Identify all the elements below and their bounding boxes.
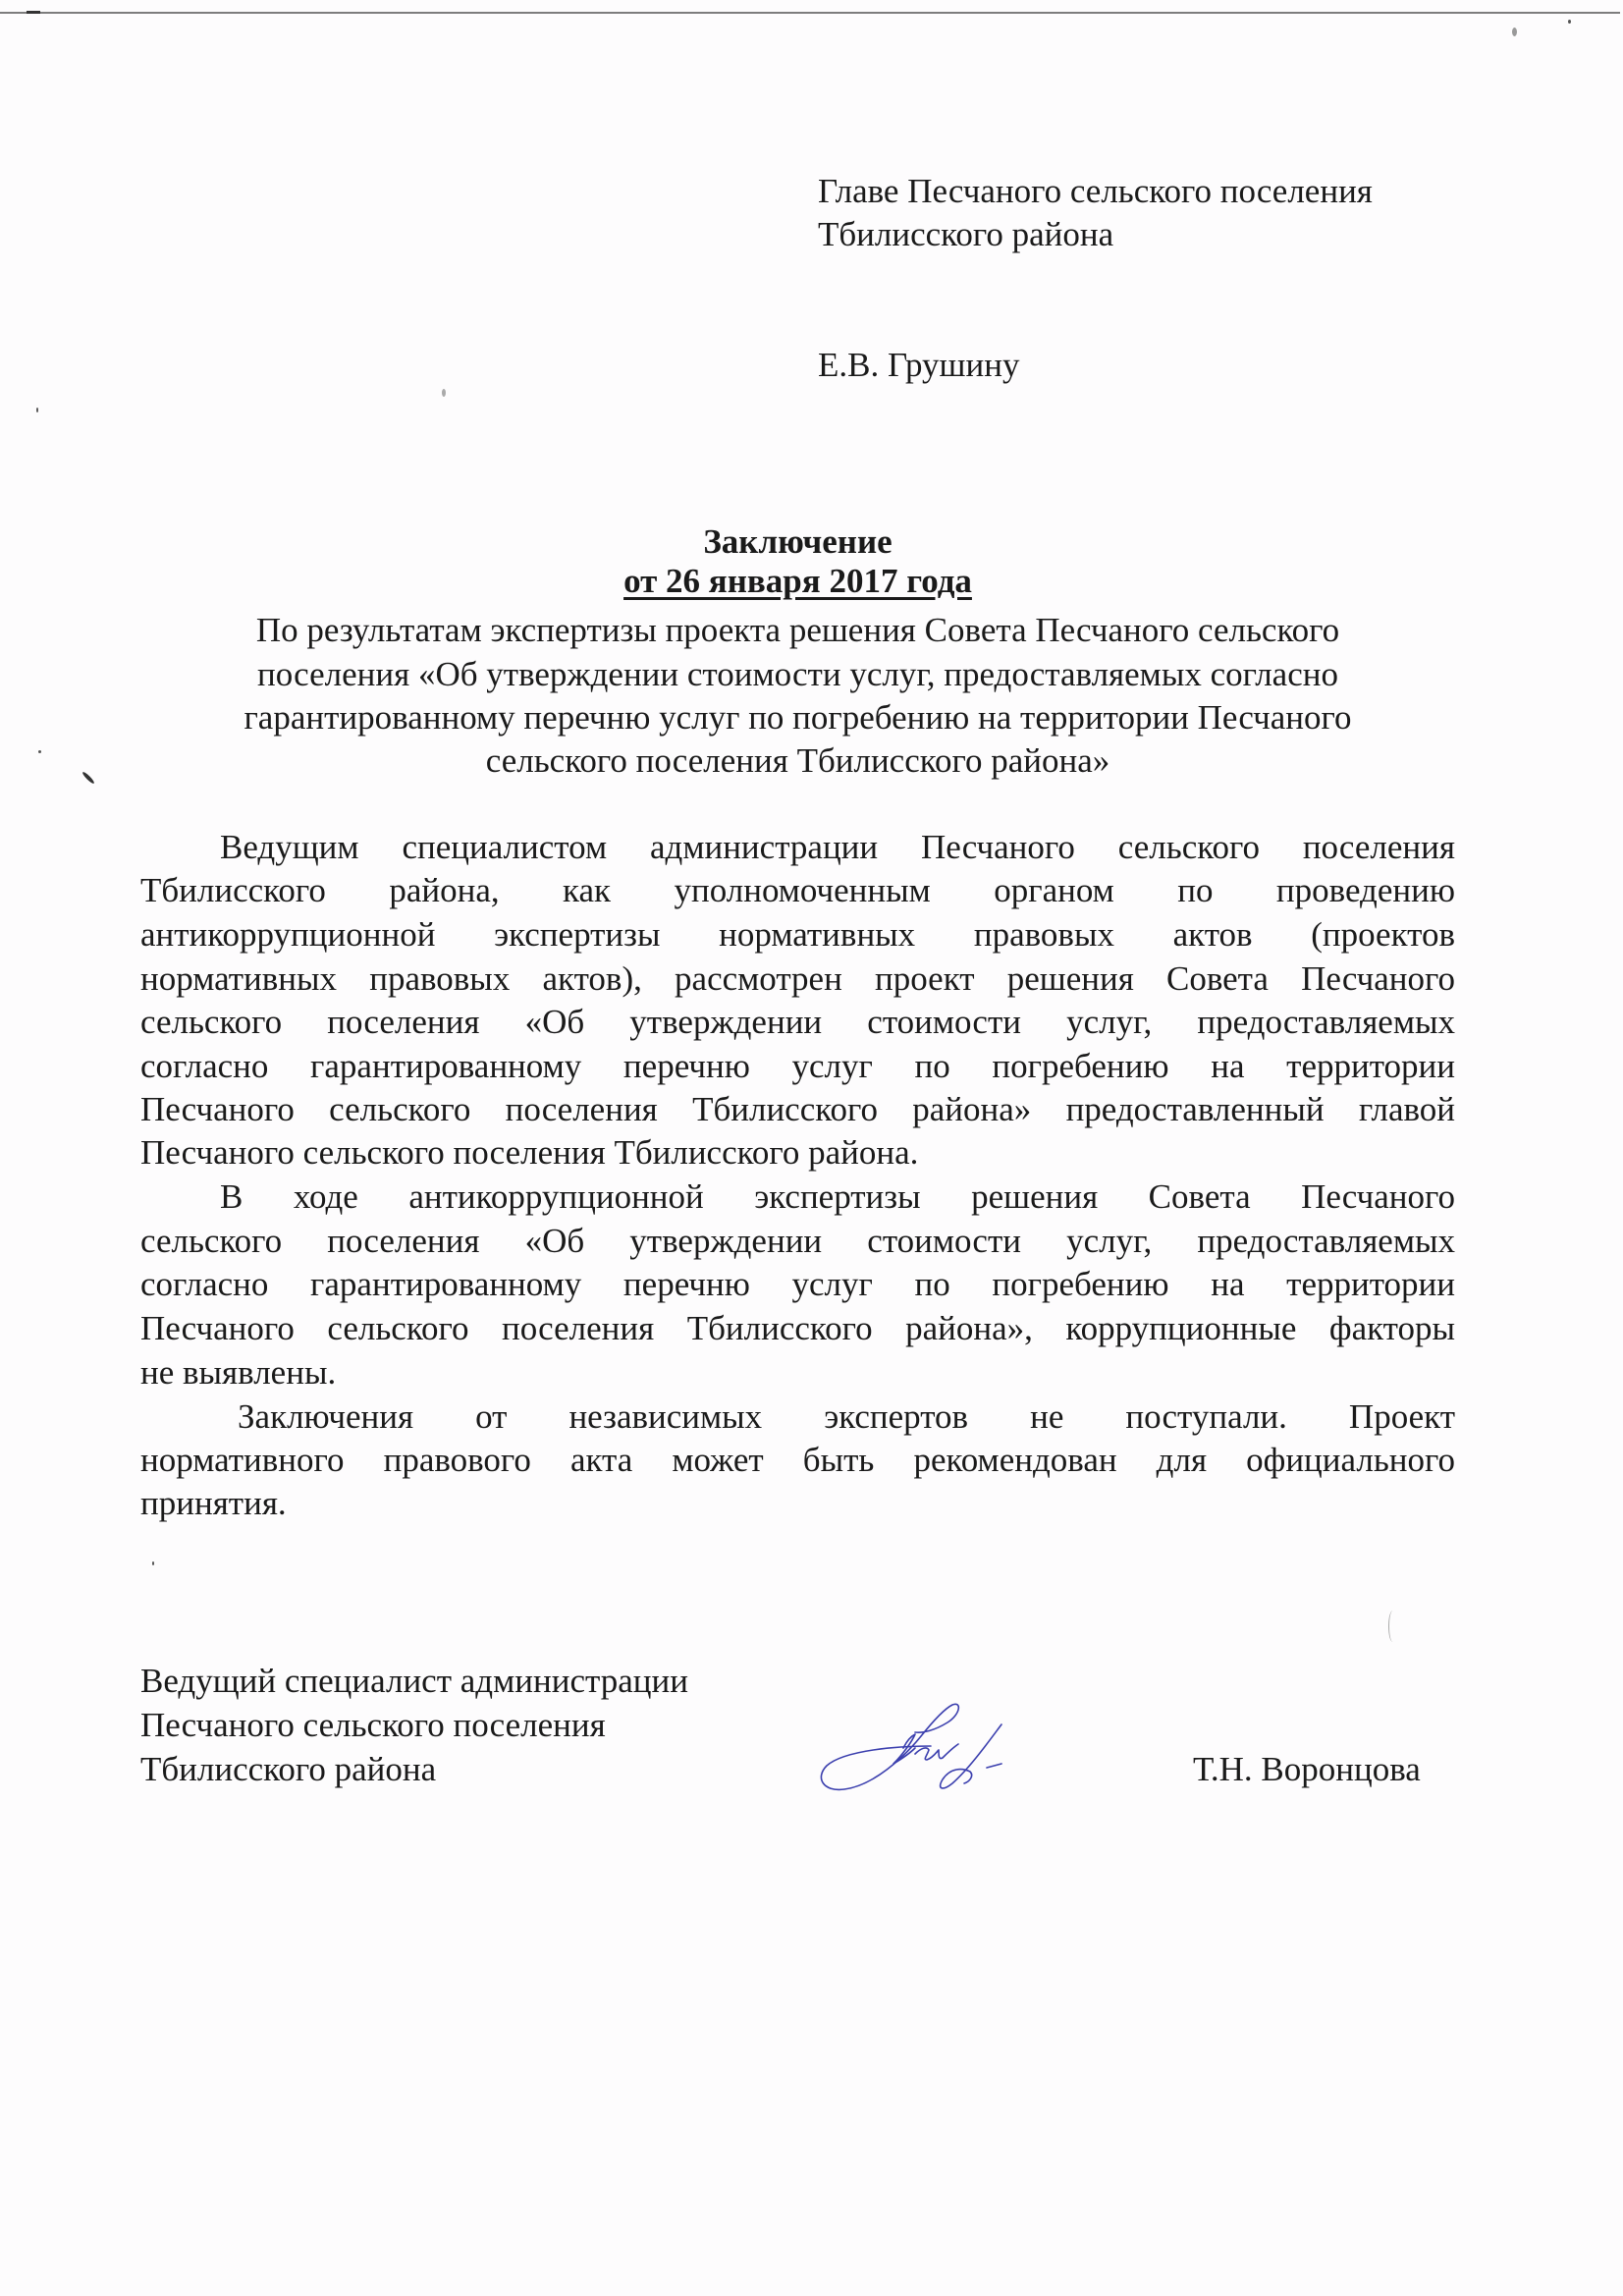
body-paragraph-1-line: Песчаного сельского поселения Тбилисског… [140,1087,1455,1131]
body-paragraph-1-line: антикоррупционной экспертизы нормативных… [140,912,1455,957]
subject-line: По результатам экспертизы проекта решени… [140,608,1455,652]
body-paragraph-2-line: сельского поселения «Об утверждении стои… [140,1219,1455,1263]
scan-speck [38,750,41,753]
body-paragraph-1-line: нормативных правовых актов), рассмотрен … [140,957,1455,1001]
body-paragraph-3-line: Заключения от независимых экспертов не п… [238,1394,1455,1439]
body-paragraph-1-line: сельского поселения «Об утверждении стои… [140,1000,1455,1044]
subject-line: сельского поселения Тбилисского района» [140,738,1455,783]
signer-position-line: Тбилисского района [140,1747,436,1791]
scan-speck [1512,27,1517,36]
scan-speck [442,389,446,397]
scan-speck [81,771,95,785]
signer-name: Т.Н. Воронцова [1193,1747,1421,1791]
subject-line: поселения «Об утверждении стоимости услу… [140,652,1455,696]
scan-speck [36,408,38,412]
body-paragraph-3-line: нормативного правового акта может быть р… [140,1438,1455,1482]
body-paragraph-1-line: Тбилисского района, как уполномоченным о… [140,868,1455,912]
scan-top-edge-line [0,12,1620,14]
subject-line: гарантированному перечню услуг по погреб… [140,695,1455,739]
signer-position-line: Ведущий специалист администрации [140,1659,688,1703]
body-paragraph-3-line: принятия. [140,1481,287,1525]
scan-speck [152,1561,154,1565]
body-paragraph-2-line: Песчаного сельского поселения Тбилисског… [140,1306,1455,1350]
handwritten-signature [805,1689,1031,1807]
body-paragraph-1-line: согласно гарантированному перечню услуг … [140,1044,1455,1088]
body-paragraph-1-line: Песчаного сельского поселения Тбилисског… [140,1130,918,1175]
scan-speck [1388,1611,1397,1642]
addressee-name: Е.В. Грушину [818,343,1019,387]
document-date: от 26 января 2017 года [140,559,1455,603]
document-date-text: от 26 января 2017 года [623,562,972,600]
document-title: Заключение [140,519,1455,564]
scan-mark [27,11,40,14]
body-paragraph-2-line: не выявлены. [140,1350,336,1394]
signer-position-line: Песчаного сельского поселения [140,1703,606,1747]
addressee-line: Тбилисского района [818,212,1113,256]
body-paragraph-2-line: согласно гарантированному перечню услуг … [140,1262,1455,1306]
addressee-line: Главе Песчаного сельского поселения [818,169,1373,213]
body-paragraph-1-line: Ведущим специалистом администрации Песча… [220,825,1455,869]
scan-speck [1568,20,1571,24]
body-paragraph-2-line: В ходе антикоррупционной экспертизы реше… [220,1175,1455,1219]
